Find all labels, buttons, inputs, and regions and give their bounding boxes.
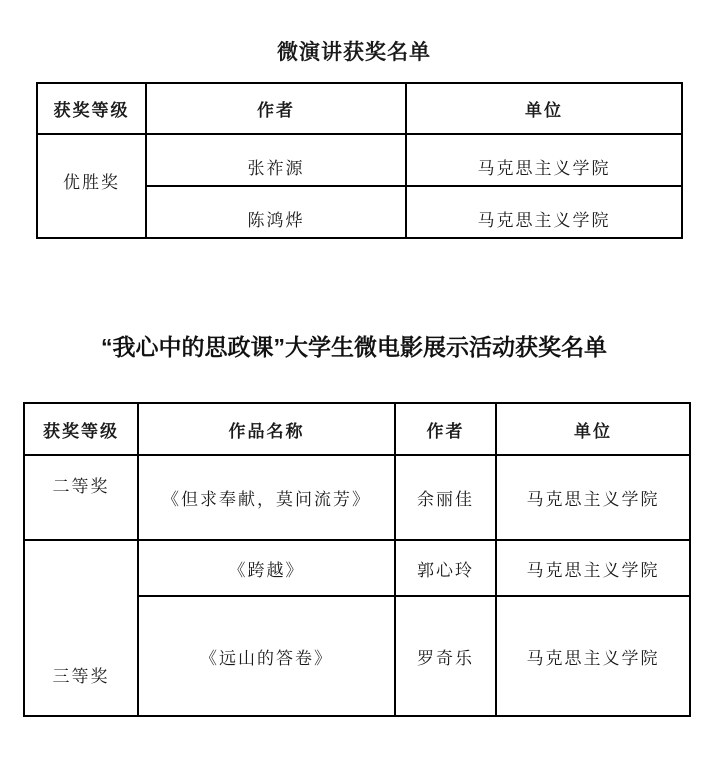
author-cell: 张祚源 — [146, 134, 406, 186]
unit-cell: 马克思主义学院 — [496, 455, 690, 540]
header-cell-author: 作者 — [395, 403, 496, 455]
header-cell-award-level: 获奖等级 — [24, 403, 138, 455]
header-cell-work-title: 作品名称 — [138, 403, 395, 455]
award-level-cell: 三等奖 — [24, 540, 138, 716]
table-row: 三等奖 《跨越》 郭心玲 马克思主义学院 — [24, 540, 690, 596]
film-table-header-row: 获奖等级 作品名称 作者 单位 — [24, 403, 690, 455]
unit-cell: 马克思主义学院 — [406, 186, 682, 238]
table-row: 优胜奖 张祚源 马克思主义学院 — [37, 134, 682, 186]
author-cell: 余丽佳 — [395, 455, 496, 540]
author-cell: 陈鸿烨 — [146, 186, 406, 238]
award-level-cell: 二等奖 — [24, 455, 138, 540]
speech-award-list-title: 微演讲获奖名单 — [0, 38, 708, 66]
header-cell-unit: 单位 — [406, 83, 682, 134]
film-award-list-title: “我心中的思政课”大学生微电影展示活动获奖名单 — [0, 331, 708, 363]
speech-table-header-row: 获奖等级 作者 单位 — [37, 83, 682, 134]
speech-award-table: 获奖等级 作者 单位 优胜奖 张祚源 马克思主义学院 陈鸿烨 马克思主义学院 — [36, 82, 683, 239]
work-title-cell: 《跨越》 — [138, 540, 395, 596]
author-cell: 郭心玲 — [395, 540, 496, 596]
film-award-table: 获奖等级 作品名称 作者 单位 二等奖 《但求奉献，莫问流芳》 余丽佳 马克思主… — [23, 402, 691, 717]
unit-cell: 马克思主义学院 — [496, 596, 690, 716]
author-cell: 罗奇乐 — [395, 596, 496, 716]
document-page: 微演讲获奖名单 获奖等级 作者 单位 优胜奖 张祚源 马克思主义学院 陈鸿烨 马… — [0, 0, 708, 776]
unit-cell: 马克思主义学院 — [496, 540, 690, 596]
header-cell-award-level: 获奖等级 — [37, 83, 146, 134]
award-level-cell: 优胜奖 — [37, 134, 146, 238]
unit-cell: 马克思主义学院 — [406, 134, 682, 186]
work-title-cell: 《远山的答卷》 — [138, 596, 395, 716]
header-cell-author: 作者 — [146, 83, 406, 134]
work-title-cell: 《但求奉献，莫问流芳》 — [138, 455, 395, 540]
header-cell-unit: 单位 — [496, 403, 690, 455]
table-row: 二等奖 《但求奉献，莫问流芳》 余丽佳 马克思主义学院 — [24, 455, 690, 540]
